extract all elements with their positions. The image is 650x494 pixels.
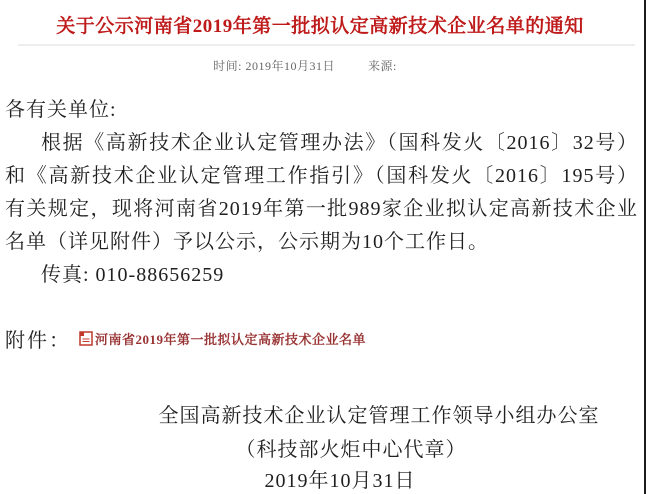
attachment-row: 附件： 河南省2019年第一批拟认定高新技术企业名单: [5, 324, 638, 353]
meta-time-label: 时间:: [213, 59, 242, 73]
doc-file-icon: [79, 331, 93, 346]
page-title: 关于公示河南省2019年第一批拟认定高新技术企业名单的通知: [10, 11, 630, 38]
signature-date: 2019年10月31日: [40, 464, 640, 493]
meta-time-value: 2019年10月31日: [245, 59, 335, 73]
paragraph-line: 根据《高新技术企业认定管理办法》（国科发火〔2016〕32号）: [5, 132, 638, 154]
paragraph-line: 名单（详见附件）予以公示，公示期为10个工作日。: [5, 231, 638, 253]
salutation: 各有关单位:: [5, 99, 638, 121]
attachment-link-text: 河南省2019年第一批拟认定高新技术企业名单: [95, 329, 366, 348]
notice-page: 关于公示河南省2019年第一批拟认定高新技术企业名单的通知 时间: 2019年1…: [0, 0, 650, 494]
paragraph-line: 有关规定，现将河南省2019年第一批989家企业拟认定高新技术企业: [5, 198, 638, 220]
attachment-label: 附件：: [5, 324, 71, 353]
header-separator: [18, 44, 635, 46]
fax-line: 传真: 010-88656259: [5, 264, 638, 286]
paragraph-line: 和《高新技术企业认定管理工作指引》（国科发火〔2016〕195号）: [5, 165, 638, 187]
signature-seal-note: （科技部火炬中心代章）: [60, 433, 642, 462]
right-border: [644, 0, 646, 494]
article-meta: 时间: 2019年10月31日 来源:: [0, 57, 610, 74]
meta-source-label: 来源:: [368, 59, 397, 73]
signature-org: 全国高新技术企业认定管理工作领导小组办公室: [114, 399, 644, 428]
attachment-link[interactable]: 河南省2019年第一批拟认定高新技术企业名单: [79, 329, 366, 348]
